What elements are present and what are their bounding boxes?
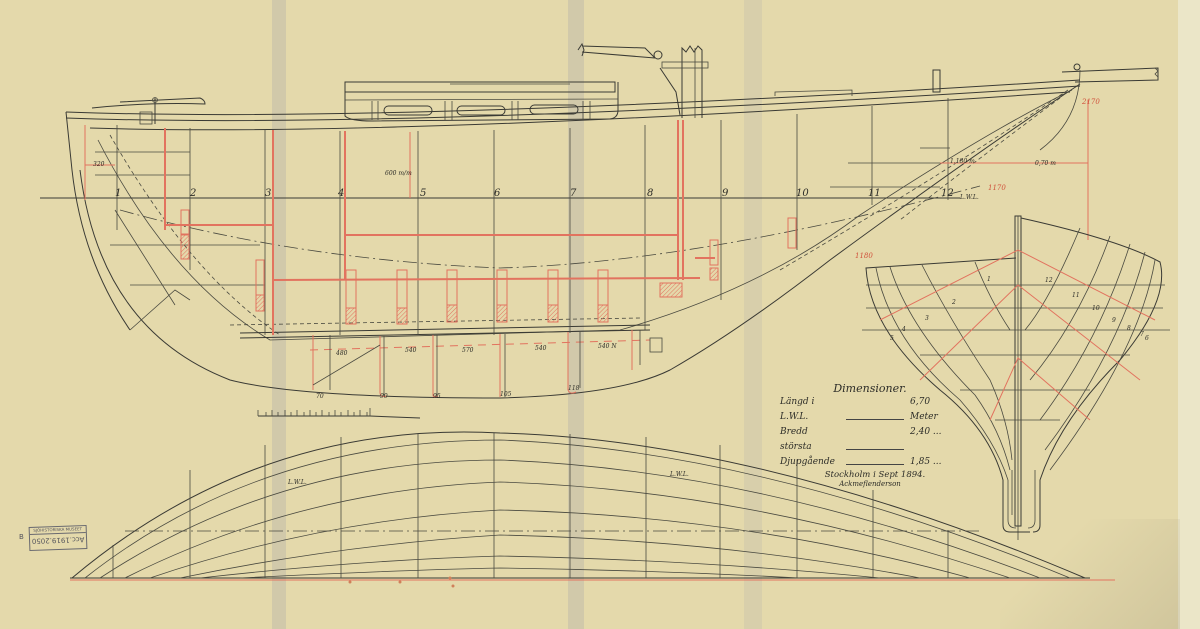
svg-text:L.W.L.: L.W.L. [287,479,307,486]
dimension-row-beam: Bredd största2,40 ... [780,425,950,455]
svg-text:1180: 1180 [855,252,873,260]
body-plan: 1 2 3 4 5 12 11 10 9 8 7 6 [862,216,1170,540]
svg-text:1: 1 [115,188,121,199]
svg-text:3: 3 [925,315,929,322]
svg-text:10: 10 [1092,305,1100,312]
svg-text:118: 118 [568,385,580,392]
svg-text:1.180 m: 1.180 m [950,158,975,165]
half-breadth-plan: L.W.L. L.W.L. [70,432,1115,587]
stamp-side-mark: B [19,533,24,541]
svg-text:0,70 m: 0,70 m [1035,160,1056,167]
svg-text:70: 70 [316,393,324,400]
dimensions-table: Dimensioner. Längd i L.W.L.6,70 Meter Br… [780,382,950,488]
svg-text:2: 2 [951,299,956,306]
svg-text:540 N: 540 N [598,343,617,350]
ship-drawing-sheet: 1 2 3 4 5 6 7 8 9 10 11 12 L.W.L. 1.180 … [0,0,1200,629]
svg-text:540: 540 [535,345,547,352]
keel-frames [310,330,650,397]
svg-text:11: 11 [1072,292,1080,299]
svg-text:1170: 1170 [988,184,1006,192]
svg-text:5: 5 [890,335,894,342]
svg-text:12: 12 [1045,277,1053,284]
svg-text:3: 3 [265,188,271,199]
svg-text:9: 9 [722,188,729,199]
station-labels: 1 2 3 4 5 6 7 8 9 10 11 12 [115,188,954,199]
svg-text:540: 540 [405,347,417,354]
svg-text:5: 5 [420,188,426,199]
place-date: Stockholm i Sept 1894. [800,470,950,480]
svg-text:L.W.L.: L.W.L. [959,194,979,201]
svg-text:105: 105 [500,391,512,398]
keel-labels: 480 540 570 540 540 N 70 90 95 105 118 [316,343,617,400]
svg-text:7: 7 [1140,331,1144,338]
svg-text:10: 10 [796,188,809,199]
svg-text:11: 11 [868,188,881,199]
svg-text:480: 480 [335,350,348,357]
svg-text:6: 6 [1145,335,1149,342]
svg-text:8: 8 [647,188,653,199]
svg-text:90: 90 [380,393,388,400]
hull-lines-drawing: 1 2 3 4 5 6 7 8 9 10 11 12 L.W.L. 1.180 … [0,0,1200,629]
svg-text:1: 1 [987,276,991,283]
profile-view: 1 2 3 4 5 6 7 8 9 10 11 12 L.W.L. 1.180 … [40,44,1158,418]
mast-and-boom [578,44,708,118]
svg-text:600 m/m: 600 m/m [385,170,412,177]
scale-bar [258,408,420,418]
bowsprit [1040,64,1158,150]
svg-text:L.W.L.: L.W.L. [669,471,689,478]
svg-text:8: 8 [1127,325,1131,332]
museum-stamp: SJÖHISTORISKA MUSEET Acc.1919.2050 [29,525,88,551]
stamp-number: Acc.1919.2050 [30,533,86,547]
svg-text:4: 4 [901,326,906,333]
dimension-row-draft: Djupgående1,85 ... [780,455,950,470]
svg-text:570: 570 [462,347,474,354]
svg-text:95: 95 [433,393,441,400]
cabin-trunk [345,82,618,121]
svg-text:7: 7 [570,188,577,199]
svg-text:2: 2 [189,188,196,199]
dimensions-title: Dimensioner. [790,382,950,395]
svg-text:320: 320 [93,161,105,168]
svg-text:6: 6 [494,188,501,199]
designer-signature: Ackmeflenderson [790,480,950,488]
svg-text:12: 12 [941,188,954,199]
svg-text:2170: 2170 [1081,98,1100,106]
hatch-cover [775,90,852,96]
dimension-row-length: Längd i L.W.L.6,70 Meter [780,395,950,425]
svg-text:4: 4 [337,188,344,199]
svg-text:9: 9 [1112,317,1116,324]
